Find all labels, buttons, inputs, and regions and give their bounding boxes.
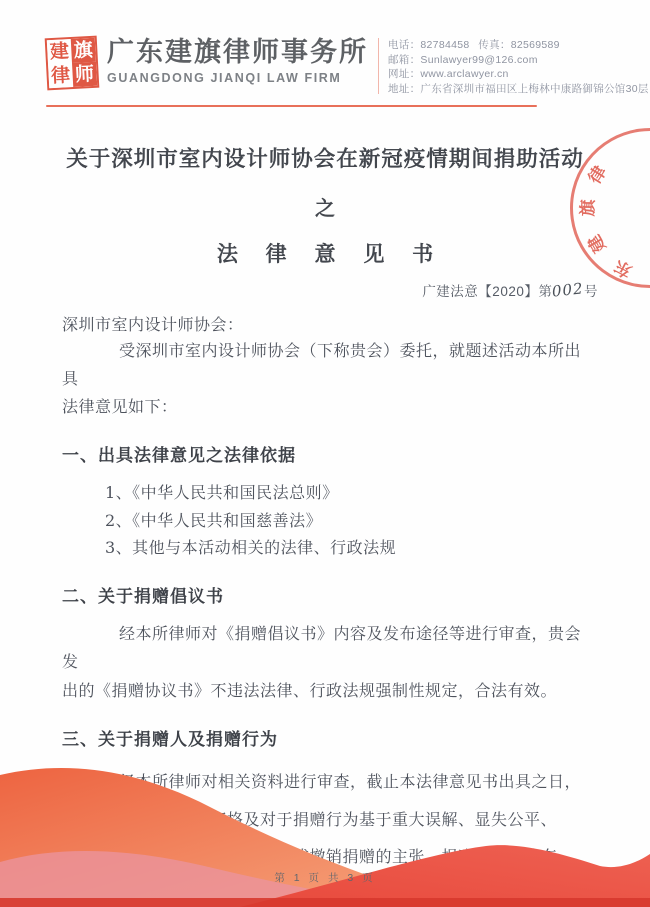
list-item: 1、《中华人民共和国民法总则》 bbox=[105, 479, 592, 507]
page-number: 第 1 页 共 3 页 bbox=[0, 870, 650, 885]
doc-number-prefix: 广建法意【2020】第 bbox=[422, 284, 552, 299]
website-label: 网址： bbox=[388, 68, 420, 80]
document-title-line1: 关于深圳市室内设计师协会在新冠疫情期间捐助活动 bbox=[0, 146, 650, 172]
law-list: 1、《中华人民共和国民法总则》 2、《中华人民共和国慈善法》 3、其他与本活动相… bbox=[62, 479, 592, 562]
list-item: 3、其他与本活动相关的法律、行政法规 bbox=[105, 534, 592, 562]
email-label: 邮箱： bbox=[388, 54, 420, 66]
firm-names: 广东建旗律师事务所 GUANGDONG JIANQI LAW FIRM bbox=[107, 37, 368, 86]
address-label: 地址： bbox=[388, 83, 420, 95]
contact-address: 地址：广东省深圳市福田区上梅林中康路御锦公馆30层 bbox=[388, 82, 649, 97]
list-item: 2、《中华人民共和国慈善法》 bbox=[105, 507, 592, 535]
salutation: 深圳市室内设计师协会： bbox=[62, 313, 592, 337]
document-title-line3: 法 律 意 见 书 bbox=[0, 242, 650, 267]
website-value: www.arclawyer.cn bbox=[420, 68, 508, 80]
section-2-heading: 二、关于捐赠倡议书 bbox=[62, 586, 592, 608]
firm-name-chinese: 广东建旗律师事务所 bbox=[107, 37, 368, 69]
document-page: 建 旗 律 师 广东建旗律师事务所 GUANGDONG JIANQI LAW F… bbox=[0, 0, 650, 907]
contact-website: 网址：www.arclawyer.cn bbox=[388, 67, 649, 82]
letterhead: 建 旗 律 师 广东建旗律师事务所 GUANGDONG JIANQI LAW F… bbox=[0, 0, 650, 96]
seal-char: 旗 bbox=[71, 38, 96, 63]
contact-phone-fax: 电话：82784458 传真：82569589 bbox=[388, 38, 649, 53]
section-3-heading: 三、关于捐赠人及捐赠行为 bbox=[62, 729, 592, 751]
doc-number-handwritten: 002 bbox=[551, 279, 584, 300]
fax-label: 传真： bbox=[478, 39, 510, 51]
firm-name-english: GUANGDONG JIANQI LAW FIRM bbox=[107, 71, 368, 86]
header-divider bbox=[378, 38, 379, 94]
contact-info: 电话：82784458 传真：82569589 邮箱：Sunlawyer99@1… bbox=[388, 37, 649, 96]
paragraph-line: 受深圳市室内设计师协会（下称贵会）委托，就题述活动本所出具 bbox=[62, 337, 592, 393]
seal-char: 师 bbox=[72, 62, 97, 87]
letterhead-rule bbox=[46, 105, 537, 107]
document-title-line2: 之 bbox=[0, 197, 650, 221]
firm-seal-logo-icon: 建 旗 律 师 bbox=[45, 36, 100, 91]
fax-value: 82569589 bbox=[511, 39, 560, 51]
phone-label: 电话： bbox=[388, 39, 420, 51]
contact-email: 邮箱：Sunlawyer99@126.com bbox=[388, 53, 649, 68]
seal-char: 律 bbox=[48, 63, 73, 88]
intro-paragraph: 受深圳市室内设计师协会（下称贵会）委托，就题述活动本所出具 法律意见如下： bbox=[62, 337, 592, 421]
doc-number-suffix: 号 bbox=[584, 284, 598, 299]
section-1-heading: 一、出具法律意见之法律依据 bbox=[62, 445, 592, 467]
address-value: 广东省深圳市福田区上梅林中康路御锦公馆30层 bbox=[420, 83, 648, 95]
seal-char: 建 bbox=[47, 39, 72, 64]
document-number: 广建法意【2020】第002号 bbox=[0, 280, 650, 300]
paragraph-line: 出的《捐赠协议书》不违法法律、行政法规强制性规定，合法有效。 bbox=[62, 677, 592, 706]
section-2-paragraph: 经本所律师对《捐赠倡议书》内容及发布途径等进行审查，贵会发 出的《捐赠协议书》不… bbox=[62, 620, 592, 706]
phone-value: 82784458 bbox=[420, 39, 469, 51]
paragraph-line: 经本所律师对《捐赠倡议书》内容及发布途径等进行审查，贵会发 bbox=[62, 620, 592, 677]
title-block: 关于深圳市室内设计师协会在新冠疫情期间捐助活动 之 法 律 意 见 书 bbox=[0, 146, 650, 267]
email-value: Sunlawyer99@126.com bbox=[420, 54, 537, 66]
wave-bottom-strip bbox=[0, 898, 650, 907]
paragraph-line: 法律意见如下： bbox=[62, 393, 592, 421]
